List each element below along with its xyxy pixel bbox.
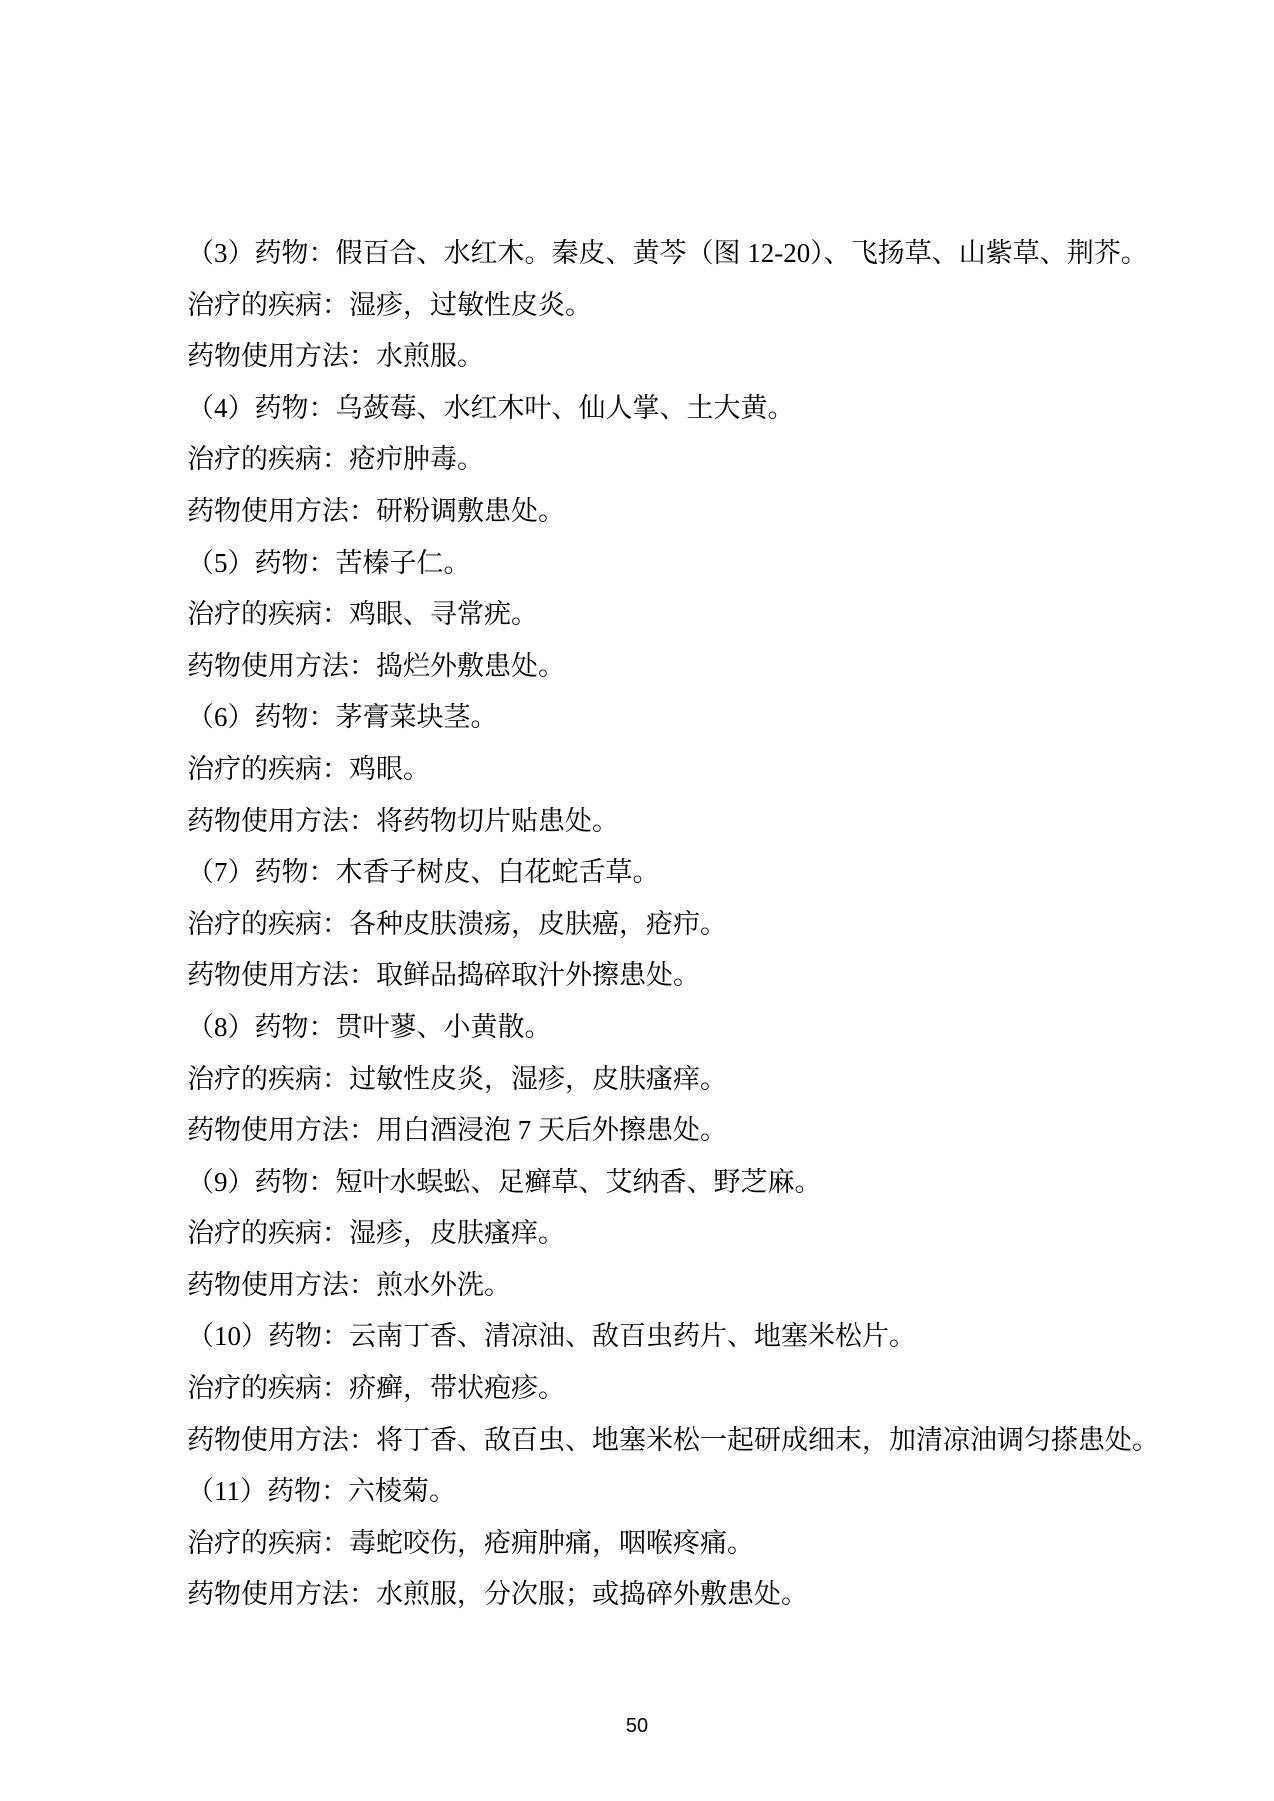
text-line: （6）药物：茅膏菜块茎。	[187, 692, 1102, 744]
document-page: （3）药物：假百合、水红木。秦皮、黄芩（图 12-20）、飞扬草、山紫草、荆芥。…	[0, 0, 1274, 1801]
text-line: （11）药物：六棱菊。	[187, 1466, 1102, 1518]
text-line: 治疗的疾病：过敏性皮炎，湿疹，皮肤瘙痒。	[187, 1054, 1102, 1106]
text-line: （3）药物：假百合、水红木。秦皮、黄芩（图 12-20）、飞扬草、山紫草、荆芥。	[187, 228, 1102, 280]
text-line: 药物使用方法：用白酒浸泡 7 天后外擦患处。	[187, 1105, 1102, 1157]
text-line: （8）药物：贯叶蓼、小黄散。	[187, 1002, 1102, 1054]
text-line: 治疗的疾病：毒蛇咬伤，疮痈肿痛，咽喉疼痛。	[187, 1518, 1102, 1570]
text-line: 治疗的疾病：鸡眼、寻常疣。	[187, 589, 1102, 641]
text-line: 治疗的疾病：湿疹，过敏性皮炎。	[187, 280, 1102, 332]
text-line: 治疗的疾病：各种皮肤溃疡，皮肤癌，疮疖。	[187, 899, 1102, 951]
text-line: 治疗的疾病：疮疖肿毒。	[187, 434, 1102, 486]
text-line: （4）药物：乌蔹莓、水红木叶、仙人掌、土大黄。	[187, 383, 1102, 435]
text-line: 治疗的疾病：鸡眼。	[187, 744, 1102, 796]
text-line: 药物使用方法：将丁香、敌百虫、地塞米松一起研成细末，加清凉油调匀搽患处。	[187, 1415, 1102, 1467]
text-line: 药物使用方法：研粉调敷患处。	[187, 486, 1102, 538]
text-line: 药物使用方法：捣烂外敷患处。	[187, 641, 1102, 693]
text-line: （9）药物：短叶水蜈蚣、足癣草、艾纳香、野芝麻。	[187, 1157, 1102, 1209]
text-line: （10）药物：云南丁香、清凉油、敌百虫药片、地塞米松片。	[187, 1311, 1102, 1363]
text-line: 药物使用方法：水煎服。	[187, 331, 1102, 383]
text-line: （5）药物：苦榛子仁。	[187, 538, 1102, 590]
text-line: 药物使用方法：将药物切片贴患处。	[187, 796, 1102, 848]
text-line: 药物使用方法：煎水外洗。	[187, 1260, 1102, 1312]
text-line: 药物使用方法：水煎服，分次服；或捣碎外敷患处。	[187, 1569, 1102, 1621]
text-line: 治疗的疾病：湿疹，皮肤瘙痒。	[187, 1208, 1102, 1260]
text-block: （3）药物：假百合、水红木。秦皮、黄芩（图 12-20）、飞扬草、山紫草、荆芥。…	[187, 228, 1102, 1621]
text-line: （7）药物：木香子树皮、白花蛇舌草。	[187, 847, 1102, 899]
text-line: 药物使用方法：取鲜品捣碎取汁外擦患处。	[187, 950, 1102, 1002]
page-number: 50	[0, 1714, 1274, 1738]
text-line: 治疗的疾病：疥癣，带状疱疹。	[187, 1363, 1102, 1415]
